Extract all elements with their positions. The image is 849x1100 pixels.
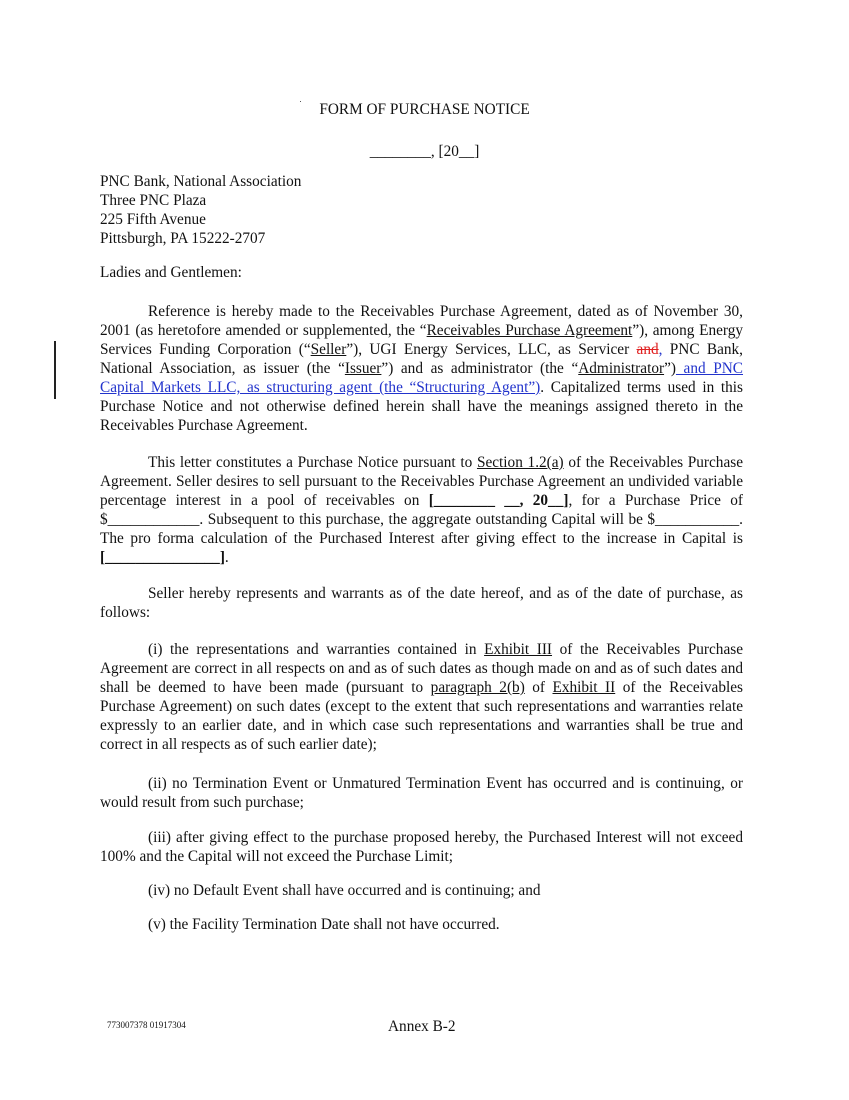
text: . (225, 549, 229, 566)
item-ii: (ii) no Termination Event or Unmatured T… (100, 774, 743, 812)
item-i: (i) the representations and warranties c… (100, 640, 743, 754)
text: (i) the representations and warranties c… (148, 641, 484, 658)
text: (ii) no Termination Event or Unmatured T… (100, 775, 743, 811)
deleted-text: and (637, 341, 659, 358)
text: This letter constitutes a Purchase Notic… (148, 454, 477, 471)
defined-term-administrator: Administrator (578, 360, 664, 377)
salutation: Ladies and Gentlemen: (100, 264, 242, 282)
text: ”), UGI Energy Services, LLC, as Service… (346, 341, 636, 358)
exhibit-ii-reference: Exhibit II (553, 679, 616, 696)
defined-term-issuer: Issuer (345, 360, 382, 377)
text: (iv) no Default Event shall have occurre… (148, 882, 541, 899)
text: ”) and as administrator (the “ (381, 360, 578, 377)
address-line: Three PNC Plaza (100, 191, 301, 210)
text: Seller hereby represents and warrants as… (100, 585, 743, 621)
item-v: (v) the Facility Termination Date shall … (100, 915, 743, 934)
text: (iii) after giving effect to the purchas… (100, 829, 743, 865)
document-id: 773007378 01917304 (107, 1020, 186, 1030)
address-line: PNC Bank, National Association (100, 172, 301, 191)
recipient-address: PNC Bank, National Association Three PNC… (100, 172, 301, 248)
text: (v) the Facility Termination Date shall … (148, 916, 500, 933)
address-line: 225 Fifth Avenue (100, 210, 301, 229)
defined-term-rpa: Receivables Purchase Agreement (427, 322, 633, 339)
item-iii: (iii) after giving effect to the purchas… (100, 828, 743, 866)
section-reference: Section 1.2(a) (477, 454, 564, 471)
representations-paragraph: Seller hereby represents and warrants as… (100, 584, 743, 622)
annex-label: Annex B-2 (388, 1018, 456, 1036)
exhibit-iii-reference: Exhibit III (484, 641, 552, 658)
text: ”) (664, 360, 676, 377)
percentage-blank: [_______________] (100, 549, 225, 566)
date-line: ________, [20__] (0, 143, 849, 161)
revision-change-bar (54, 341, 56, 399)
reference-paragraph: Reference is hereby made to the Receivab… (100, 302, 743, 435)
document-page: FORM OF PURCHASE NOTICE ________, [20__]… (0, 0, 849, 1100)
purchase-notice-paragraph: This letter constitutes a Purchase Notic… (100, 453, 743, 567)
paragraph-reference: paragraph 2(b) (431, 679, 525, 696)
address-line: Pittsburgh, PA 15222-2707 (100, 229, 301, 248)
document-title: FORM OF PURCHASE NOTICE (0, 101, 849, 119)
item-iv: (iv) no Default Event shall have occurre… (100, 881, 743, 900)
defined-term-seller: Seller (311, 341, 347, 358)
title-text: FORM OF PURCHASE NOTICE (319, 101, 529, 118)
date-blank: [________ __, 20__] (429, 492, 569, 509)
text: of (525, 679, 553, 696)
